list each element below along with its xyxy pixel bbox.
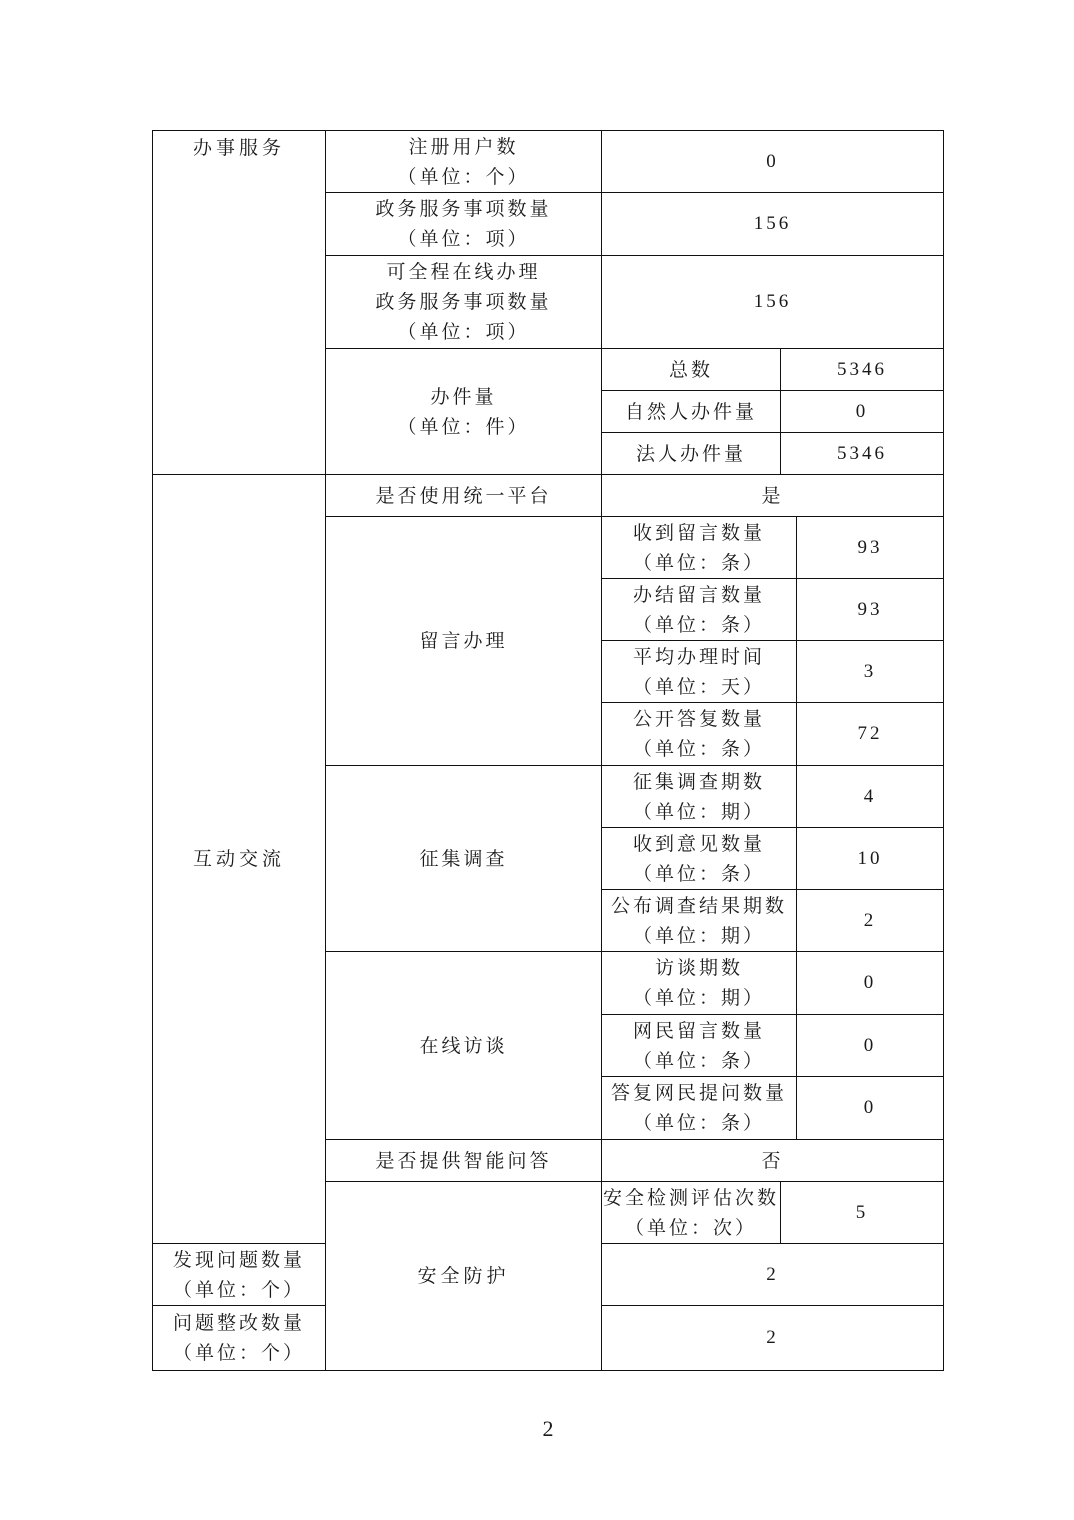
- row-label: 安全检测评估次数（单位：次）: [602, 1182, 781, 1244]
- messages-label: 留言办理: [326, 517, 602, 766]
- category-interaction: 互动交流: [153, 475, 326, 1244]
- row-value: 是: [602, 475, 944, 517]
- sub-label: 网民留言数量（单位：条）: [602, 1015, 797, 1077]
- sub-value: 5346: [781, 433, 944, 475]
- sub-label: 法人办件量: [602, 433, 781, 475]
- surveys-label: 征集调查: [326, 766, 602, 952]
- table-row: 办事服务 注册用户数（单位：个） 0: [153, 131, 944, 193]
- sub-value: 0: [781, 391, 944, 433]
- category-security: 安全防护: [326, 1182, 602, 1371]
- row-label: 可全程在线办理政务服务事项数量（单位：项）: [326, 256, 602, 349]
- sub-value: 72: [797, 703, 944, 766]
- sub-label: 答复网民提问数量（单位：条）: [602, 1077, 797, 1140]
- row-label: 发现问题数量（单位：个）: [153, 1244, 326, 1306]
- sub-value: 0: [797, 1015, 944, 1077]
- row-label: 注册用户数（单位：个）: [326, 131, 602, 193]
- sub-label: 总数: [602, 349, 781, 391]
- sub-value: 93: [797, 579, 944, 641]
- sub-label: 公开答复数量（单位：条）: [602, 703, 797, 766]
- row-value: 2: [602, 1306, 944, 1371]
- sub-label: 征集调查期数（单位：期）: [602, 766, 797, 828]
- sub-label: 访谈期数（单位：期）: [602, 952, 797, 1015]
- row-label: 问题整改数量（单位：个）: [153, 1306, 326, 1371]
- row-value: 156: [602, 193, 944, 256]
- row-label: 是否提供智能问答: [326, 1140, 602, 1182]
- sub-value: 4: [797, 766, 944, 828]
- sub-value: 3: [797, 641, 944, 703]
- row-label: 是否使用统一平台: [326, 475, 602, 517]
- sub-label: 收到意见数量（单位：条）: [602, 828, 797, 890]
- row-label: 政务服务事项数量（单位：项）: [326, 193, 602, 256]
- sub-label: 公布调查结果期数（单位：期）: [602, 890, 797, 952]
- row-value: 0: [602, 131, 944, 193]
- table-row: 互动交流 是否使用统一平台 是: [153, 475, 944, 517]
- interviews-label: 在线访谈: [326, 952, 602, 1140]
- sub-value: 10: [797, 828, 944, 890]
- row-value: 否: [602, 1140, 944, 1182]
- sub-label: 办结留言数量（单位：条）: [602, 579, 797, 641]
- sub-label: 平均办理时间（单位：天）: [602, 641, 797, 703]
- government-website-stats-table: 办事服务 注册用户数（单位：个） 0 政务服务事项数量（单位：项） 156 可全…: [152, 130, 944, 1371]
- sub-value: 0: [797, 952, 944, 1015]
- sub-value: 2: [797, 890, 944, 952]
- page-number: 2: [0, 1416, 1074, 1442]
- row-value: 2: [602, 1244, 944, 1306]
- sub-value: 93: [797, 517, 944, 579]
- document-page: 办事服务 注册用户数（单位：个） 0 政务服务事项数量（单位：项） 156 可全…: [0, 0, 1074, 1520]
- row-value: 156: [602, 256, 944, 349]
- sub-value: 5346: [781, 349, 944, 391]
- category-service: 办事服务: [153, 131, 326, 475]
- sub-label: 自然人办件量: [602, 391, 781, 433]
- sub-label: 收到留言数量（单位：条）: [602, 517, 797, 579]
- case-volume-label: 办件量（单位：件）: [326, 349, 602, 475]
- sub-value: 0: [797, 1077, 944, 1140]
- row-value: 5: [781, 1182, 944, 1244]
